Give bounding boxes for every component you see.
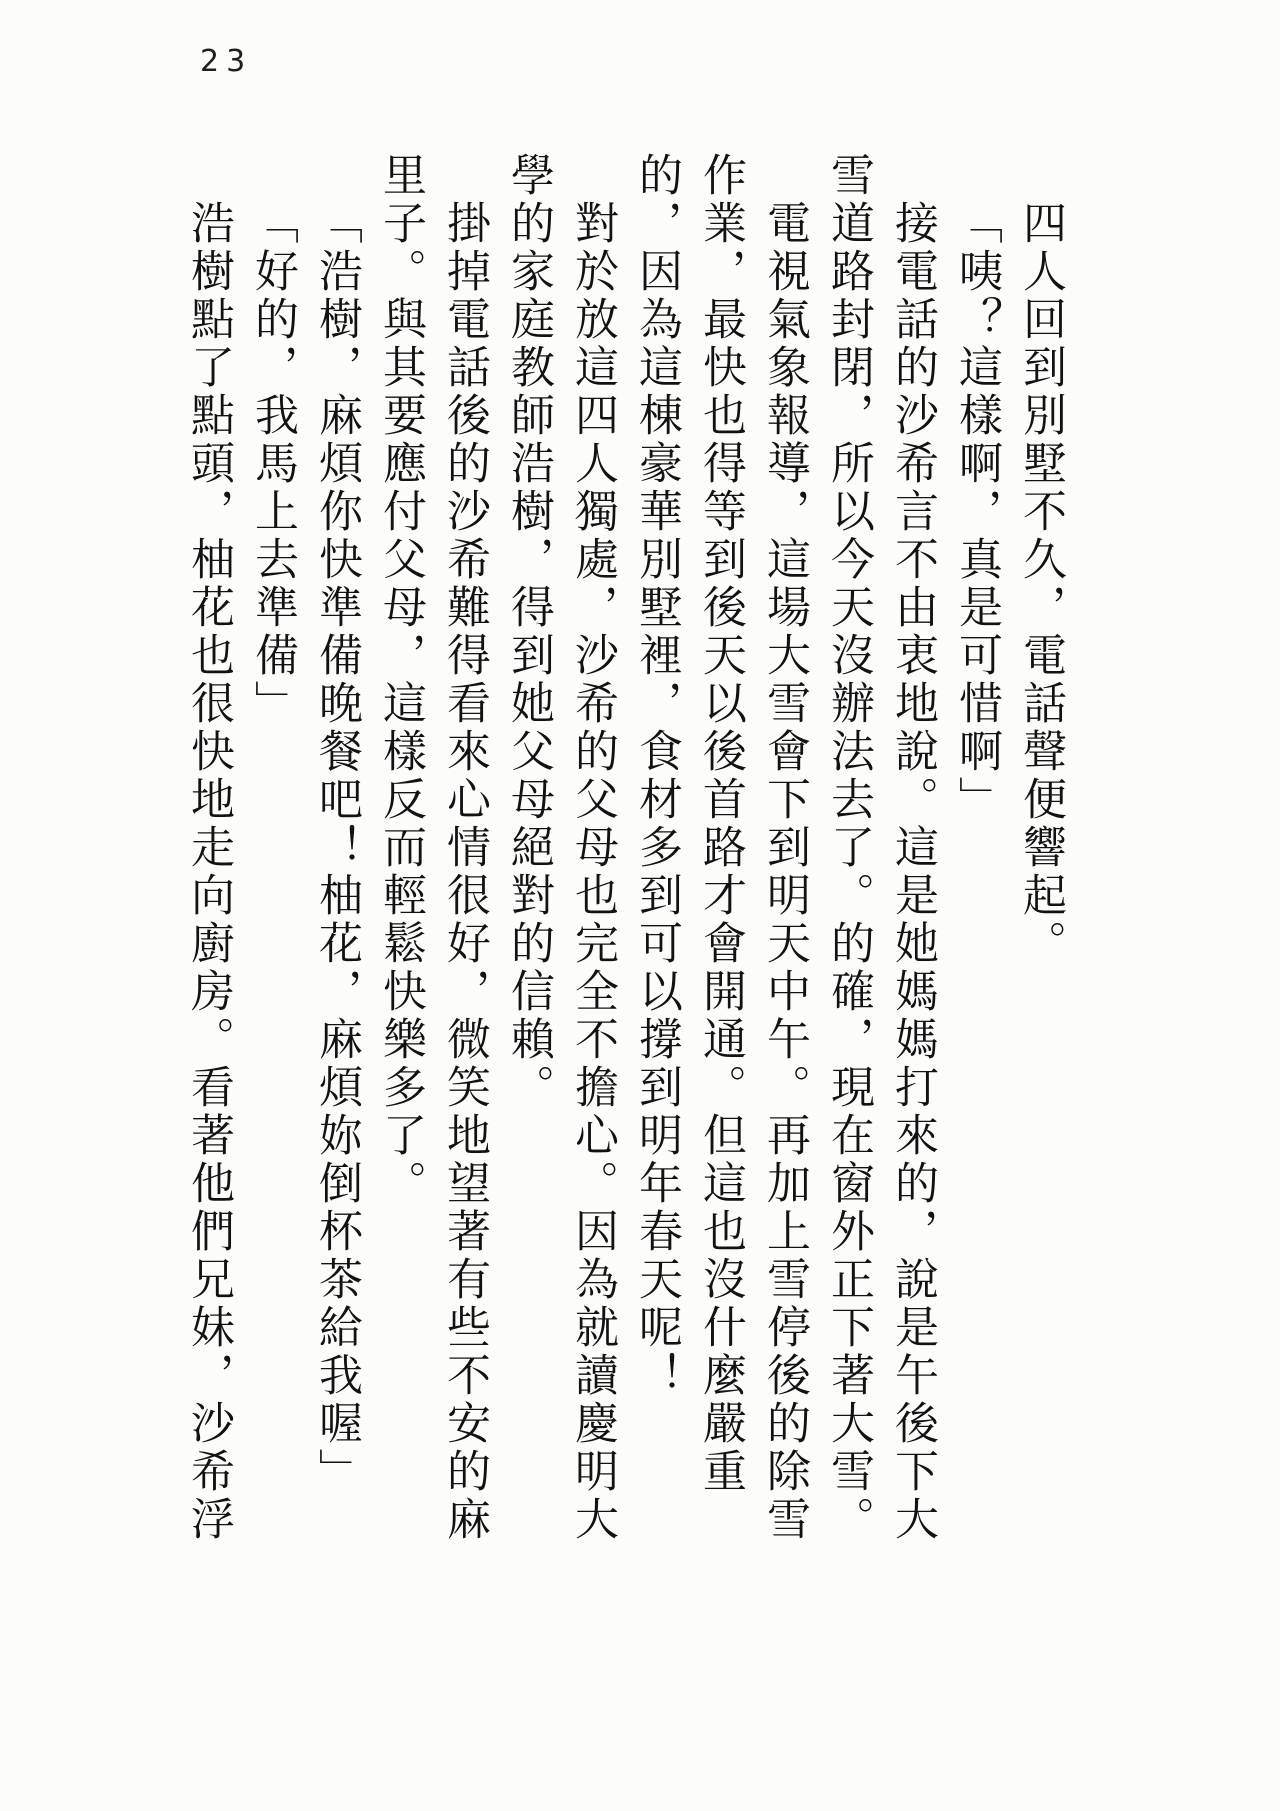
text-column: 作業，最快也得等到後天以後首路才會開通。但這也沒什麼嚴重 xyxy=(688,152,752,1548)
text-column: 雪道路封閉，所以今天沒辦法去了。的確，現在窗外正下著大雪。 xyxy=(816,152,880,1548)
text-column: 電視氣象報導，這場大雪會下到明天中午。再加上雪停後的除雪 xyxy=(752,152,816,1596)
vertical-text-block: 四人回到別墅不久，電話聲便響起。「咦？這樣啊，真是可惜啊」接電話的沙希言不由衷地… xyxy=(176,152,1072,1548)
text-column: 學的家庭教師浩樹，得到她父母絕對的信賴。 xyxy=(496,152,560,1548)
text-column: 的，因為這棟豪華別墅裡，食材多到可以撐到明年春天呢！ xyxy=(624,152,688,1548)
page-number: 23 xyxy=(200,44,252,79)
text-column: 「咦？這樣啊，真是可惜啊」 xyxy=(944,152,1008,1596)
text-column: 接電話的沙希言不由衷地說。這是她媽媽打來的，說是午後下大 xyxy=(880,152,944,1596)
text-column: 里子。與其要應付父母，這樣反而輕鬆快樂多了。 xyxy=(368,152,432,1548)
text-column: 「好的，我馬上去準備」 xyxy=(240,152,304,1596)
text-column: 掛掉電話後的沙希難得看來心情很好，微笑地望著有些不安的麻 xyxy=(432,152,496,1596)
text-column: 浩樹點了點頭，柚花也很快地走向廚房。看著他們兄妹，沙希浮 xyxy=(176,152,240,1596)
book-page: 23 四人回到別墅不久，電話聲便響起。「咦？這樣啊，真是可惜啊」接電話的沙希言不… xyxy=(0,0,1280,1811)
text-column: 「浩樹，麻煩你快準備晚餐吧！柚花，麻煩妳倒杯茶給我喔」 xyxy=(304,152,368,1596)
text-column: 四人回到別墅不久，電話聲便響起。 xyxy=(1008,152,1072,1596)
text-column: 對於放這四人獨處，沙希的父母也完全不擔心。因為就讀慶明大 xyxy=(560,152,624,1596)
